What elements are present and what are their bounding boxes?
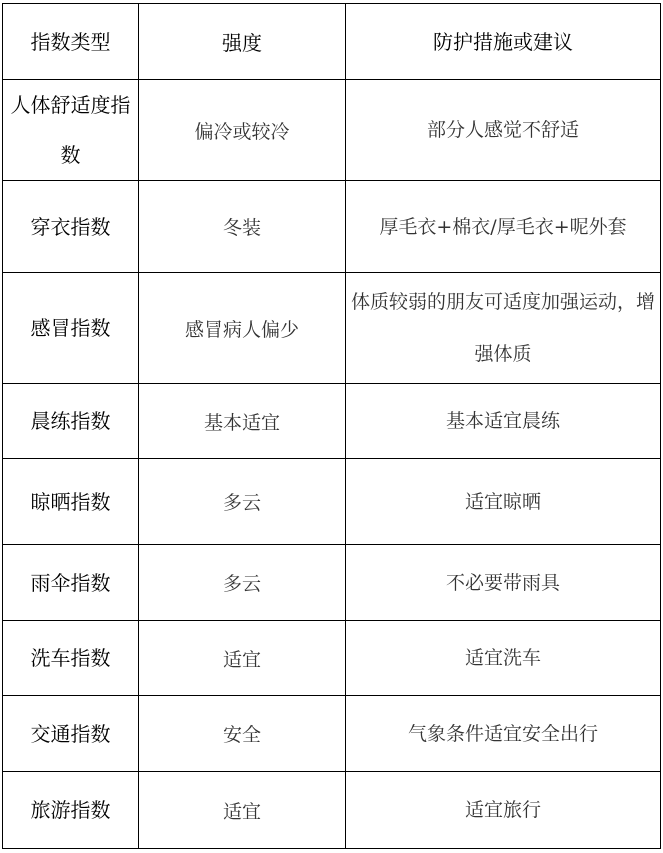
advice-cell: 不必要带雨具 [346,545,661,621]
index-type-cell: 旅游指数 [3,772,139,849]
intensity-cell: 冬装 [139,181,346,273]
advice-cell: 部分人感觉不舒适 [346,80,661,181]
intensity-cell: 基本适宜 [139,384,346,459]
index-type-cell: 交通指数 [3,696,139,772]
advice-cell: 体质较弱的朋友可适度加强运动，增强体质 [346,273,661,384]
table-row: 交通指数 安全 气象条件适宜安全出行 [3,696,661,772]
table-row: 雨伞指数 多云 不必要带雨具 [3,545,661,621]
header-advice: 防护措施或建议 [346,4,661,80]
advice-cell: 适宜洗车 [346,621,661,696]
weather-index-table: 指数类型 强度 防护措施或建议 人体舒适度指数 偏冷或较冷 部分人感觉不舒适 穿… [2,3,661,849]
table-row: 洗车指数 适宜 适宜洗车 [3,621,661,696]
header-index-type: 指数类型 [3,4,139,80]
table-row: 人体舒适度指数 偏冷或较冷 部分人感觉不舒适 [3,80,661,181]
table-row: 旅游指数 适宜 适宜旅行 [3,772,661,849]
index-type-cell: 晨练指数 [3,384,139,459]
intensity-cell: 多云 [139,545,346,621]
index-type-cell: 穿衣指数 [3,181,139,273]
header-intensity: 强度 [139,4,346,80]
table-header-row: 指数类型 强度 防护措施或建议 [3,4,661,80]
intensity-cell: 安全 [139,696,346,772]
table-row: 晨练指数 基本适宜 基本适宜晨练 [3,384,661,459]
advice-cell: 适宜旅行 [346,772,661,849]
advice-cell: 厚毛衣+棉衣/厚毛衣+呢外套 [346,181,661,273]
index-type-cell: 人体舒适度指数 [3,80,139,181]
table-row: 感冒指数 感冒病人偏少 体质较弱的朋友可适度加强运动，增强体质 [3,273,661,384]
advice-cell: 适宜晾晒 [346,459,661,545]
index-type-cell: 洗车指数 [3,621,139,696]
intensity-cell: 多云 [139,459,346,545]
advice-cell: 基本适宜晨练 [346,384,661,459]
index-type-cell: 感冒指数 [3,273,139,384]
index-type-cell: 晾晒指数 [3,459,139,545]
intensity-cell: 适宜 [139,621,346,696]
intensity-cell: 感冒病人偏少 [139,273,346,384]
table-row: 晾晒指数 多云 适宜晾晒 [3,459,661,545]
intensity-cell: 适宜 [139,772,346,849]
advice-cell: 气象条件适宜安全出行 [346,696,661,772]
index-type-cell: 雨伞指数 [3,545,139,621]
table-row: 穿衣指数 冬装 厚毛衣+棉衣/厚毛衣+呢外套 [3,181,661,273]
intensity-cell: 偏冷或较冷 [139,80,346,181]
